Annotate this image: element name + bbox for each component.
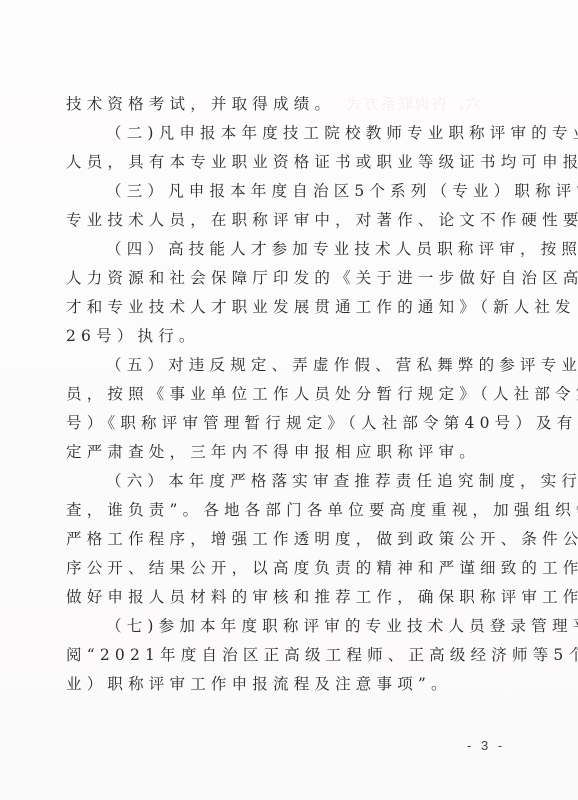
text-line: 号）《职称评审管理暂行规定》（人社部令第40号）及有关规 [66, 409, 516, 438]
text-line: （六）本年度严格落实审查推荐责任追究制度，实行“谁审 [66, 467, 516, 496]
text-line: （二)凡申报本年度技工院校教师专业职称评审的专业技术 [66, 119, 516, 148]
text-line: 定严肃查处，三年内不得申报相应职称评审。 [66, 438, 516, 467]
text-line: 序公开、结果公开，以高度负责的精神和严谨细致的工作作风， [66, 554, 516, 583]
text-line: 阅“2021年度自治区正高级工程师、正高级经济师等5个系列(专 [66, 641, 516, 670]
document-body: 技术资格考试，并取得成绩。（二)凡申报本年度技工院校教师专业职称评审的专业技术人… [66, 90, 516, 699]
text-line: 业）职称评审工作申报流程及注意事项”。 [66, 670, 516, 699]
text-line: 才和专业技术人才职业发展贯通工作的通知》（新人社发〔2021〕 [66, 293, 516, 322]
text-line: （七)参加本年度职称评审的专业技术人员登录管理平台查 [66, 612, 516, 641]
text-line: 做好申报人员材料的审核和推荐工作，确保职称评审工作顺利进行。 [66, 583, 516, 612]
text-line: 员，按照《事业单位工作人员处分暂行规定》（人社部令第18 [66, 380, 516, 409]
page-number: - 3 - [467, 738, 505, 753]
document-page: 六、咨询联系方式 技术资格考试，并取得成绩。（二)凡申报本年度技工院校教师专业职… [0, 0, 578, 800]
text-line: 查，谁负责”。各地各部门各单位要高度重视，加强组织领导， [66, 496, 516, 525]
text-line: （四）高技能人才参加专业技术人员职称评审，按照自治区 [66, 235, 516, 264]
text-line: （五）对违反规定、弄虚作假、营私舞弊的参评专业技术人 [66, 351, 516, 380]
text-line: 专业技术人员，在职称评审中，对著作、论文不作硬性要求。 [66, 206, 516, 235]
text-line: 严格工作程序，增强工作透明度，做到政策公开、条件公开、程 [66, 525, 516, 554]
text-line: 技术资格考试，并取得成绩。 [66, 90, 516, 119]
text-line: 人员，具有本专业职业资格证书或职业等级证书均可申报。 [66, 148, 516, 177]
text-line: 人力资源和社会保障厅印发的《关于进一步做好自治区高技能人 [66, 264, 516, 293]
text-line: 26号）执行。 [66, 322, 516, 351]
text-line: （三）凡申报本年度自治区5个系列（专业）职称评审内的 [66, 177, 516, 206]
